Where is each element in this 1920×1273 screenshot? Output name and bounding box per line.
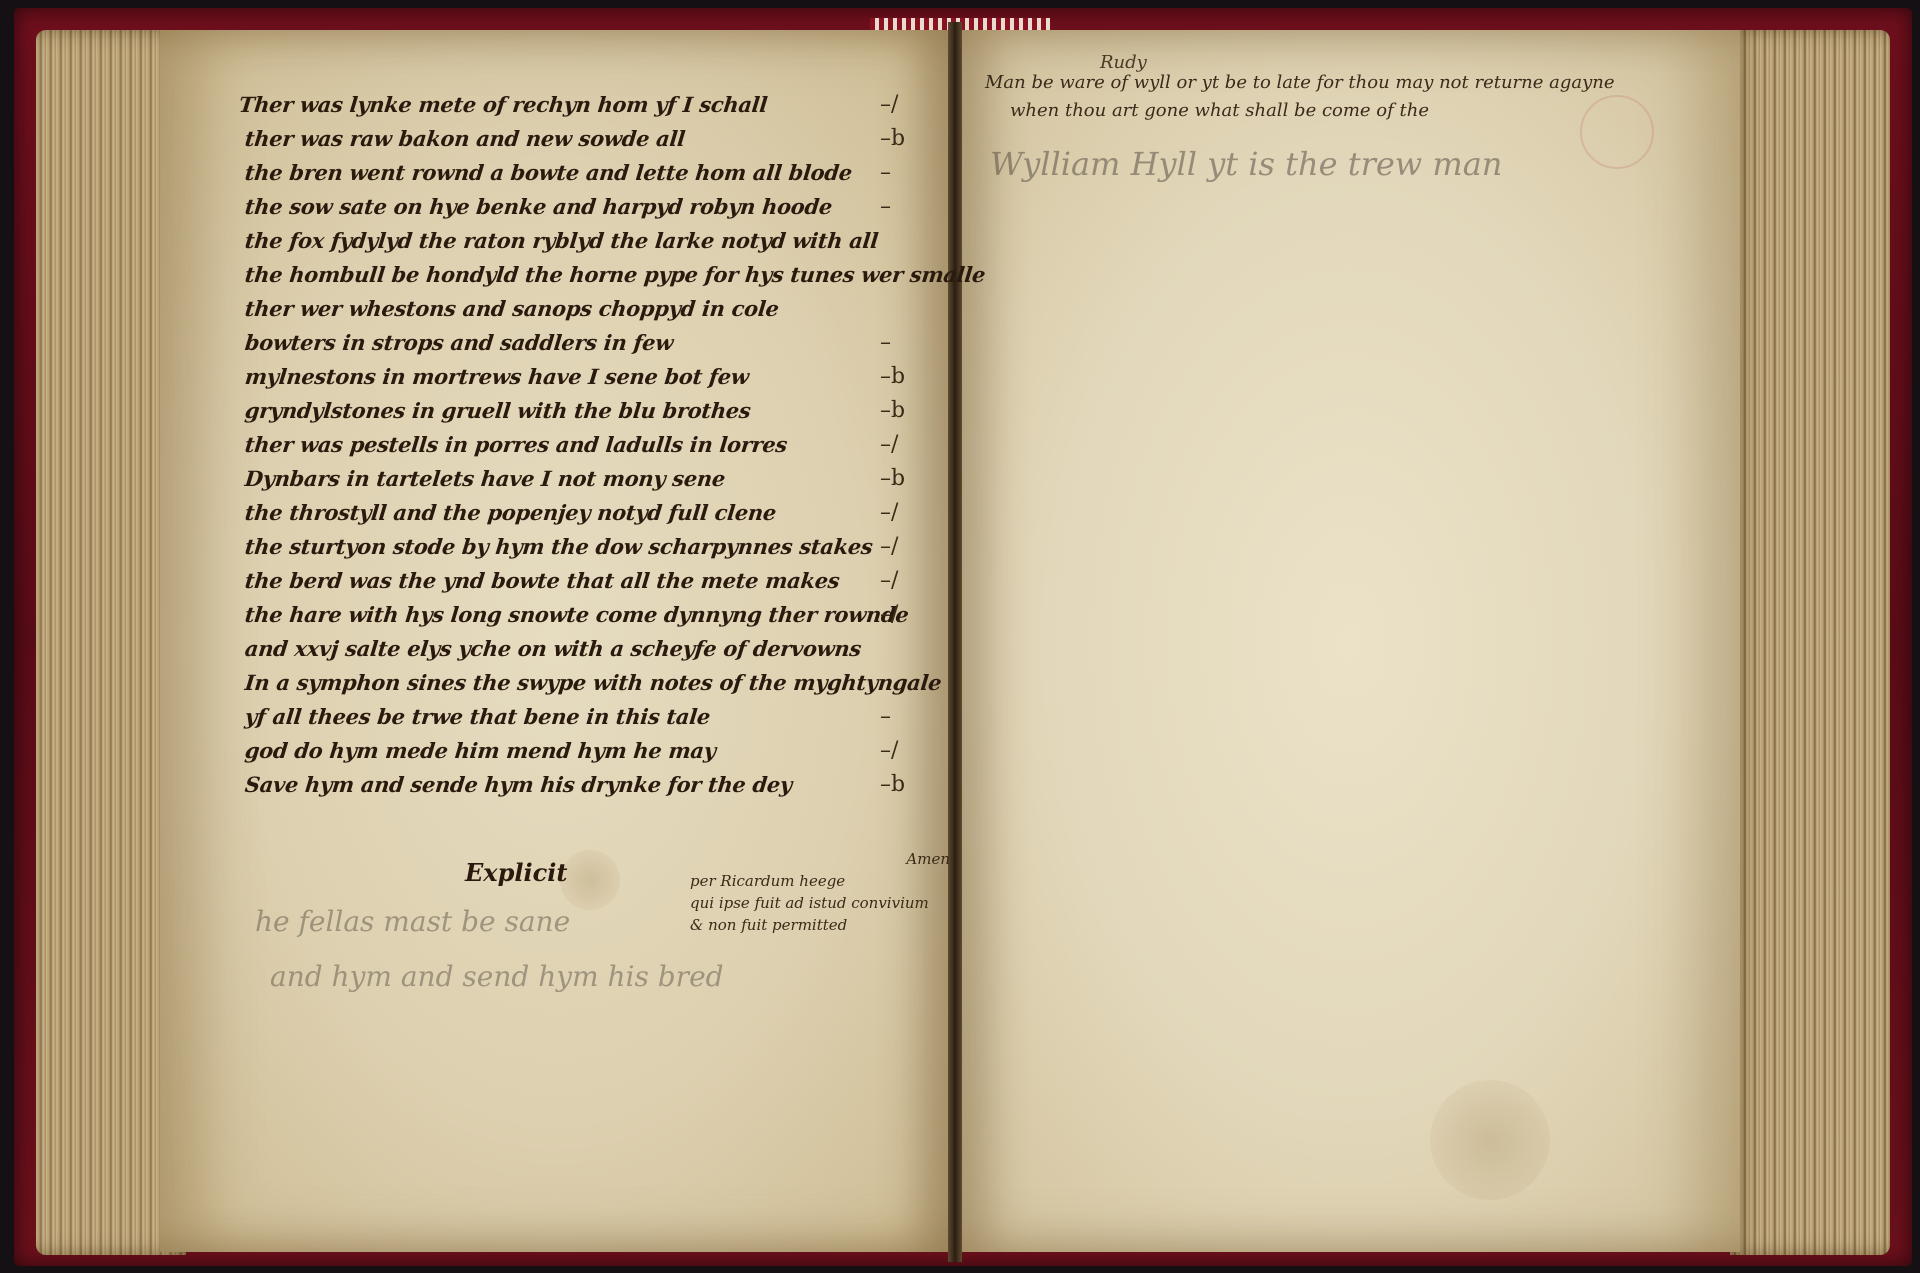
text-line: the hombull be hondyld the horne pype fo… [243, 258, 947, 292]
text-line: Dynbars in tartelets have I not mony sen… [243, 462, 947, 496]
text-line: the fox fydylyd the raton ryblyd the lar… [243, 224, 947, 258]
faint-annotation: and hym and send hym his bred [270, 960, 724, 993]
stain [1430, 1080, 1550, 1200]
margin-mark: –/ [880, 598, 950, 632]
text-line: ther wer whestons and sanops choppyd in … [243, 292, 947, 326]
margin-mark [880, 666, 950, 700]
right-page [960, 30, 1740, 1252]
left-page-text: Ther was lynke mete of rechyn hom yf I s… [245, 88, 945, 802]
library-stamp [1580, 95, 1654, 169]
right-page-faint-line: Wylliam Hyll yt is the trew man [990, 145, 1502, 183]
margin-mark: –b [880, 394, 950, 428]
text-line: the sturtyon stode by hym the dow scharp… [243, 530, 947, 564]
margin-mark: –b [880, 462, 950, 496]
faint-annotation: he fellas mast be sane [255, 905, 570, 938]
right-page-line: when thou art gone what shall be come of… [1010, 100, 1429, 121]
margin-mark: –/ [880, 428, 950, 462]
colophon-line: & non fuit permitted [690, 914, 950, 936]
margin-mark: –/ [880, 564, 950, 598]
colophon-line: per Ricardum heege [690, 870, 950, 892]
margin-mark [880, 258, 950, 292]
text-line: the berd was the ynd bowte that all the … [243, 564, 947, 598]
text-line: the sow sate on hye benke and harpyd rob… [243, 190, 947, 224]
stain [560, 850, 620, 910]
margin-mark: – [880, 156, 950, 190]
margin-mark: –/ [880, 496, 950, 530]
text-line: god do hym mede him mend hym he may [243, 734, 947, 768]
text-line: Save hym and sende hym his drynke for th… [243, 768, 947, 802]
margin-mark: – [880, 190, 950, 224]
margin-mark: –/ [880, 530, 950, 564]
colophon-line: qui ipse fuit ad istud convivium [690, 892, 950, 914]
text-line: ther was raw bakon and new sowde all [243, 122, 947, 156]
right-page-line: Man be ware of wyll or yt be to late for… [985, 72, 1615, 93]
text-line: gryndylstones in gruell with the blu bro… [243, 394, 947, 428]
colophon: Amen per Ricardum heege qui ipse fuit ad… [690, 848, 950, 936]
margin-mark [880, 292, 950, 326]
margin-mark [880, 632, 950, 666]
text-line: bowters in strops and saddlers in few [243, 326, 947, 360]
text-line: the bren went rownd a bowte and lette ho… [243, 156, 947, 190]
text-line: the throstyll and the popenjey notyd ful… [243, 496, 947, 530]
explicit: Explicit [465, 858, 567, 887]
margin-mark: –b [880, 360, 950, 394]
text-line: Ther was lynke mete of rechyn hom yf I s… [237, 88, 947, 122]
margin-mark: –/ [880, 88, 950, 122]
margin-mark: – [880, 326, 950, 360]
margin-mark: –b [880, 768, 950, 802]
amen: Amen [690, 848, 950, 870]
right-page-superscript: Rudy [1100, 52, 1147, 73]
margin-marks: –/ –b – – – –b –b –/ –b –/ –/ –/ –/ – –/… [880, 88, 950, 802]
margin-mark [880, 224, 950, 258]
text-line: mylnestons in mortrews have I sene bot f… [243, 360, 947, 394]
gutter [948, 22, 962, 1262]
margin-mark: – [880, 700, 950, 734]
text-line: the hare with hys long snowte come dynny… [243, 598, 947, 632]
text-line: In a symphon sines the swype with notes … [243, 666, 947, 700]
text-line: ther was pestells in porres and ladulls … [243, 428, 947, 462]
margin-mark: –/ [880, 734, 950, 768]
right-page-edges [1730, 30, 1890, 1255]
text-line: yf all thees be trwe that bene in this t… [243, 700, 947, 734]
margin-mark: –b [880, 122, 950, 156]
text-line: and xxvj salte elys yche on with a schey… [243, 632, 947, 666]
